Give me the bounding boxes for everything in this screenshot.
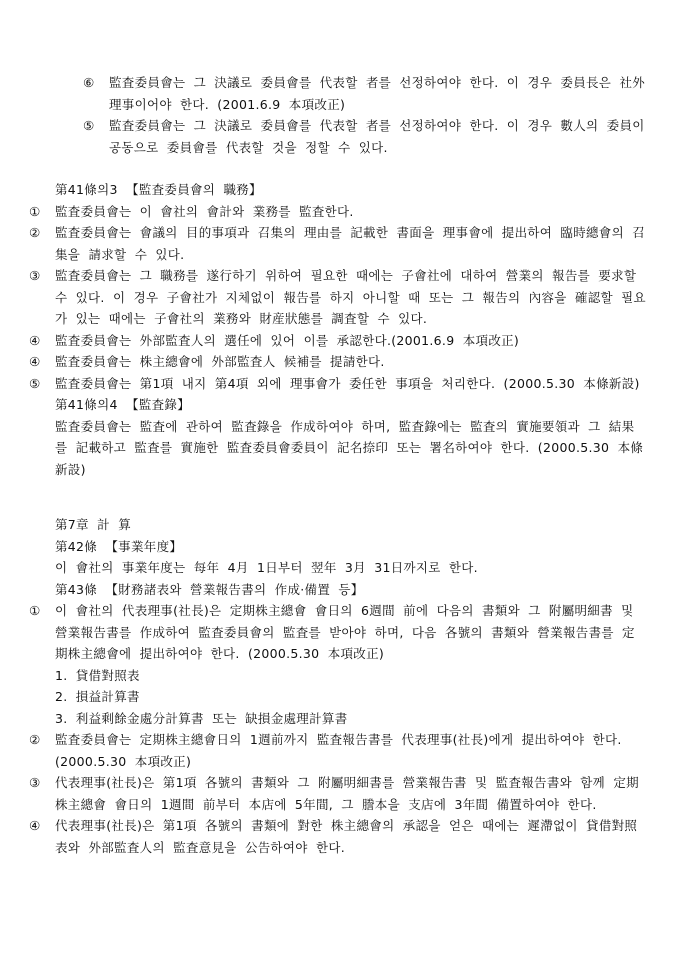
item-text: 監査委員會는 그 職務를 遂行하기 위하여 필요한 때에는 子會社에 대하여 營…	[55, 268, 646, 326]
article-41-3-heading: 第41條의3 【監査委員會의 職務】	[55, 179, 646, 201]
article-42-heading: 第42條 【事業年度】	[55, 536, 646, 558]
article-41-4-body: 監査委員會는 監査에 관하여 監査錄을 作成하여야 하며, 監査錄에는 監査의 …	[55, 416, 646, 481]
vertical-gap	[55, 158, 646, 179]
article-43-item: ①이 會社의 代表理事(社長)은 定期株主總會 會日의 6週間 前에 다음의 書…	[55, 600, 646, 665]
item-text: 監査委員會는 第1項 내지 第4項 외에 理事會가 委任한 事項을 처리한다. …	[55, 376, 640, 391]
article-43-item: ②監査委員會는 定期株主總會日의 1週前까지 監査報告書를 代表理事(社長)에게…	[55, 729, 646, 772]
intro-item: ⑥監査委員會는 그 決議로 委員會를 代表할 者를 선정하여야 한다. 이 경우…	[109, 72, 646, 115]
vertical-gap	[55, 480, 646, 501]
item-marker: ③	[29, 265, 55, 287]
item-marker: ①	[29, 600, 55, 622]
item-text: 監査委員會는 會議의 目的事項과 召集의 理由를 記載한 書面을 理事會에 提出…	[55, 225, 645, 262]
item-marker: ⑤	[83, 115, 109, 137]
article-43-heading: 第43條 【財務諸表와 營業報告書의 作成·備置 등】	[55, 579, 646, 601]
numbered-list-item: 1. 貸借對照表	[55, 665, 646, 687]
article-41-3-item: ②監査委員會는 會議의 目的事項과 召集의 理由를 記載한 書面을 理事會에 提…	[55, 222, 646, 265]
article-41-3-item: ④監査委員會는 株主總會에 外部監査人 候補를 提請한다.	[55, 351, 646, 373]
intro-item: ⑤監査委員會는 그 決議로 委員會를 代表할 者를 선정하여야 한다. 이 경우…	[109, 115, 646, 158]
item-marker: ③	[29, 772, 55, 794]
article-43-item: ③代表理事(社長)은 第1項 各號의 書類와 그 附屬明細書를 營業報告書 및 …	[55, 772, 646, 815]
item-text: 監査委員會는 定期株主總會日의 1週前까지 監査報告書를 代表理事(社長)에게 …	[55, 732, 622, 769]
chapter-7-heading: 第7章 計 算	[55, 514, 646, 536]
article-41-4-heading: 第41條의4 【監査錄】	[55, 394, 646, 416]
item-marker: ④	[29, 351, 55, 373]
numbered-list-item: 3. 利益剩餘金處分計算書 또는 缺損金處理計算書	[55, 708, 646, 730]
item-text: 監査委員會는 株主總會에 外部監査人 候補를 提請한다.	[55, 354, 385, 369]
item-marker: ④	[29, 330, 55, 352]
article-42-body: 이 會社의 事業年度는 每年 4月 1日부터 翌年 3月 31日까지로 한다.	[55, 557, 646, 579]
item-text: 監査委員會는 이 會社의 會計와 業務를 監査한다.	[55, 204, 354, 219]
article-41-3-item: ⑤監査委員會는 第1項 내지 第4項 외에 理事會가 委任한 事項을 처리한다.…	[55, 373, 646, 395]
item-text: 監査委員會는 그 決議로 委員會를 代表할 者를 선정하여야 한다. 이 경우 …	[109, 118, 645, 155]
item-text: 이 會社의 代表理事(社長)은 定期株主總會 會日의 6週間 前에 다음의 書類…	[55, 603, 635, 661]
item-marker: ①	[29, 201, 55, 223]
article-41-3-item: ①監査委員會는 이 會社의 會計와 業務를 監査한다.	[55, 201, 646, 223]
item-text: 監査委員會는 그 決議로 委員會를 代表할 者를 선정하여야 한다. 이 경우 …	[109, 75, 645, 112]
item-marker: ④	[29, 815, 55, 837]
item-marker: ②	[29, 222, 55, 244]
article-43-item: ④代表理事(社長)은 第1項 各號의 書類에 對한 株主總會의 承認을 얻은 때…	[55, 815, 646, 858]
article-41-3-item: ③監査委員會는 그 職務를 遂行하기 위하여 필요한 때에는 子會社에 대하여 …	[55, 265, 646, 330]
numbered-list-item: 2. 損益計算書	[55, 686, 646, 708]
item-text: 代表理事(社長)은 第1項 各號의 書類와 그 附屬明細書를 營業報告書 및 監…	[55, 775, 639, 812]
item-text: 監査委員會는 外部監査人의 選任에 있어 이를 承認한다.(2001.6.9 本…	[55, 333, 519, 348]
vertical-gap	[55, 501, 646, 514]
document-page: ⑥監査委員會는 그 決議로 委員會를 代表할 者를 선정하여야 한다. 이 경우…	[0, 0, 680, 962]
item-marker: ⑤	[29, 373, 55, 395]
item-text: 代表理事(社長)은 第1項 各號의 書類에 對한 株主總會의 承認을 얻은 때에…	[55, 818, 637, 855]
article-41-3-item: ④監査委員會는 外部監査人의 選任에 있어 이를 承認한다.(2001.6.9 …	[55, 330, 646, 352]
item-marker: ⑥	[83, 72, 109, 94]
item-marker: ②	[29, 729, 55, 751]
